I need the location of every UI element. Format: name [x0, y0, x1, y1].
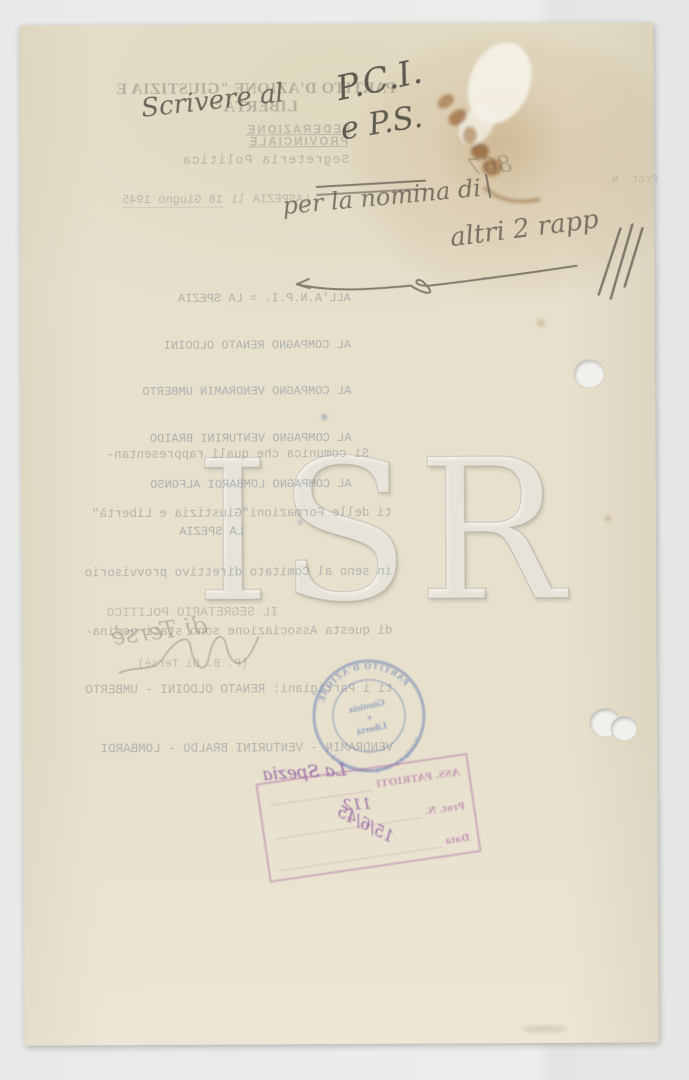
tape-residue-tail	[452, 99, 503, 152]
rect-stamp: ASS. PATRIOTI La Spezia Prot. N. 112 Dat…	[255, 753, 481, 883]
stain-freckle	[605, 516, 611, 522]
tape-residue-blob	[456, 33, 543, 133]
stain-arc	[484, 187, 540, 202]
dateline-mirrored: LASPEZIA lì 18 Giugno 1945	[70, 192, 310, 208]
stamp-center-line2: e	[366, 713, 372, 723]
svg-text:PARTITO D'AZIONE: PARTITO D'AZIONE	[310, 652, 413, 707]
recipient-line: ALL'A.N.P.I. = LA SPEZIA	[121, 291, 351, 308]
signature-name: (P. B. Di Tersè)	[93, 657, 293, 671]
stamp-center-line3: Libertà	[356, 721, 388, 737]
stain-freckle	[537, 319, 545, 327]
punch-hole	[574, 360, 604, 388]
prot-label-mirrored: Prot. N.	[568, 174, 658, 186]
pencil-slash-strokes	[598, 224, 642, 298]
stain-spot	[435, 91, 457, 111]
dotted-line	[280, 846, 442, 872]
rect-stamp-frame: ASS. PATRIOTI La Spezia Prot. N. 112 Dat…	[255, 753, 481, 883]
stamp-ring-top-text: PARTITO D'AZIONE	[310, 652, 413, 707]
recipient-line: AL COMPAGNO VENDRAMIN UMBERTO	[121, 384, 351, 401]
recipient-line: AL COMPAGNO RENATO OLDOINI	[121, 337, 351, 354]
body-line: ti delle Formazioni"Giustizia e Libertà"	[90, 504, 392, 525]
pencil-note-rapp: altri 2 rapp	[448, 204, 600, 253]
body-line: Si comunica che quali rappresentan-	[90, 445, 392, 466]
document-page: ISR PARTITO D'AZIONE "GIUSTIZIA E LIBERT…	[19, 22, 658, 1045]
dateline-date: 18 Giugno 1945	[122, 193, 223, 209]
stain-spot	[463, 126, 477, 144]
pencil-note-nomina: per la nomina di	[281, 174, 482, 220]
letterhead-office-mirrored: Segreteria Politica	[178, 152, 353, 168]
punch-hole	[611, 716, 637, 740]
stain-spot	[446, 106, 470, 129]
rect-stamp-row1-handwriting: La Spezia	[262, 760, 347, 785]
rect-stamp-row1-label: ASS. PATRIOTI	[375, 766, 461, 790]
rect-stamp-row2-label: Prot. N.	[424, 800, 466, 818]
rect-stamp-row3-label: Data	[444, 832, 470, 847]
edge-smudge	[523, 1025, 567, 1033]
prot-number-bleedthrough: 867	[467, 151, 513, 181]
